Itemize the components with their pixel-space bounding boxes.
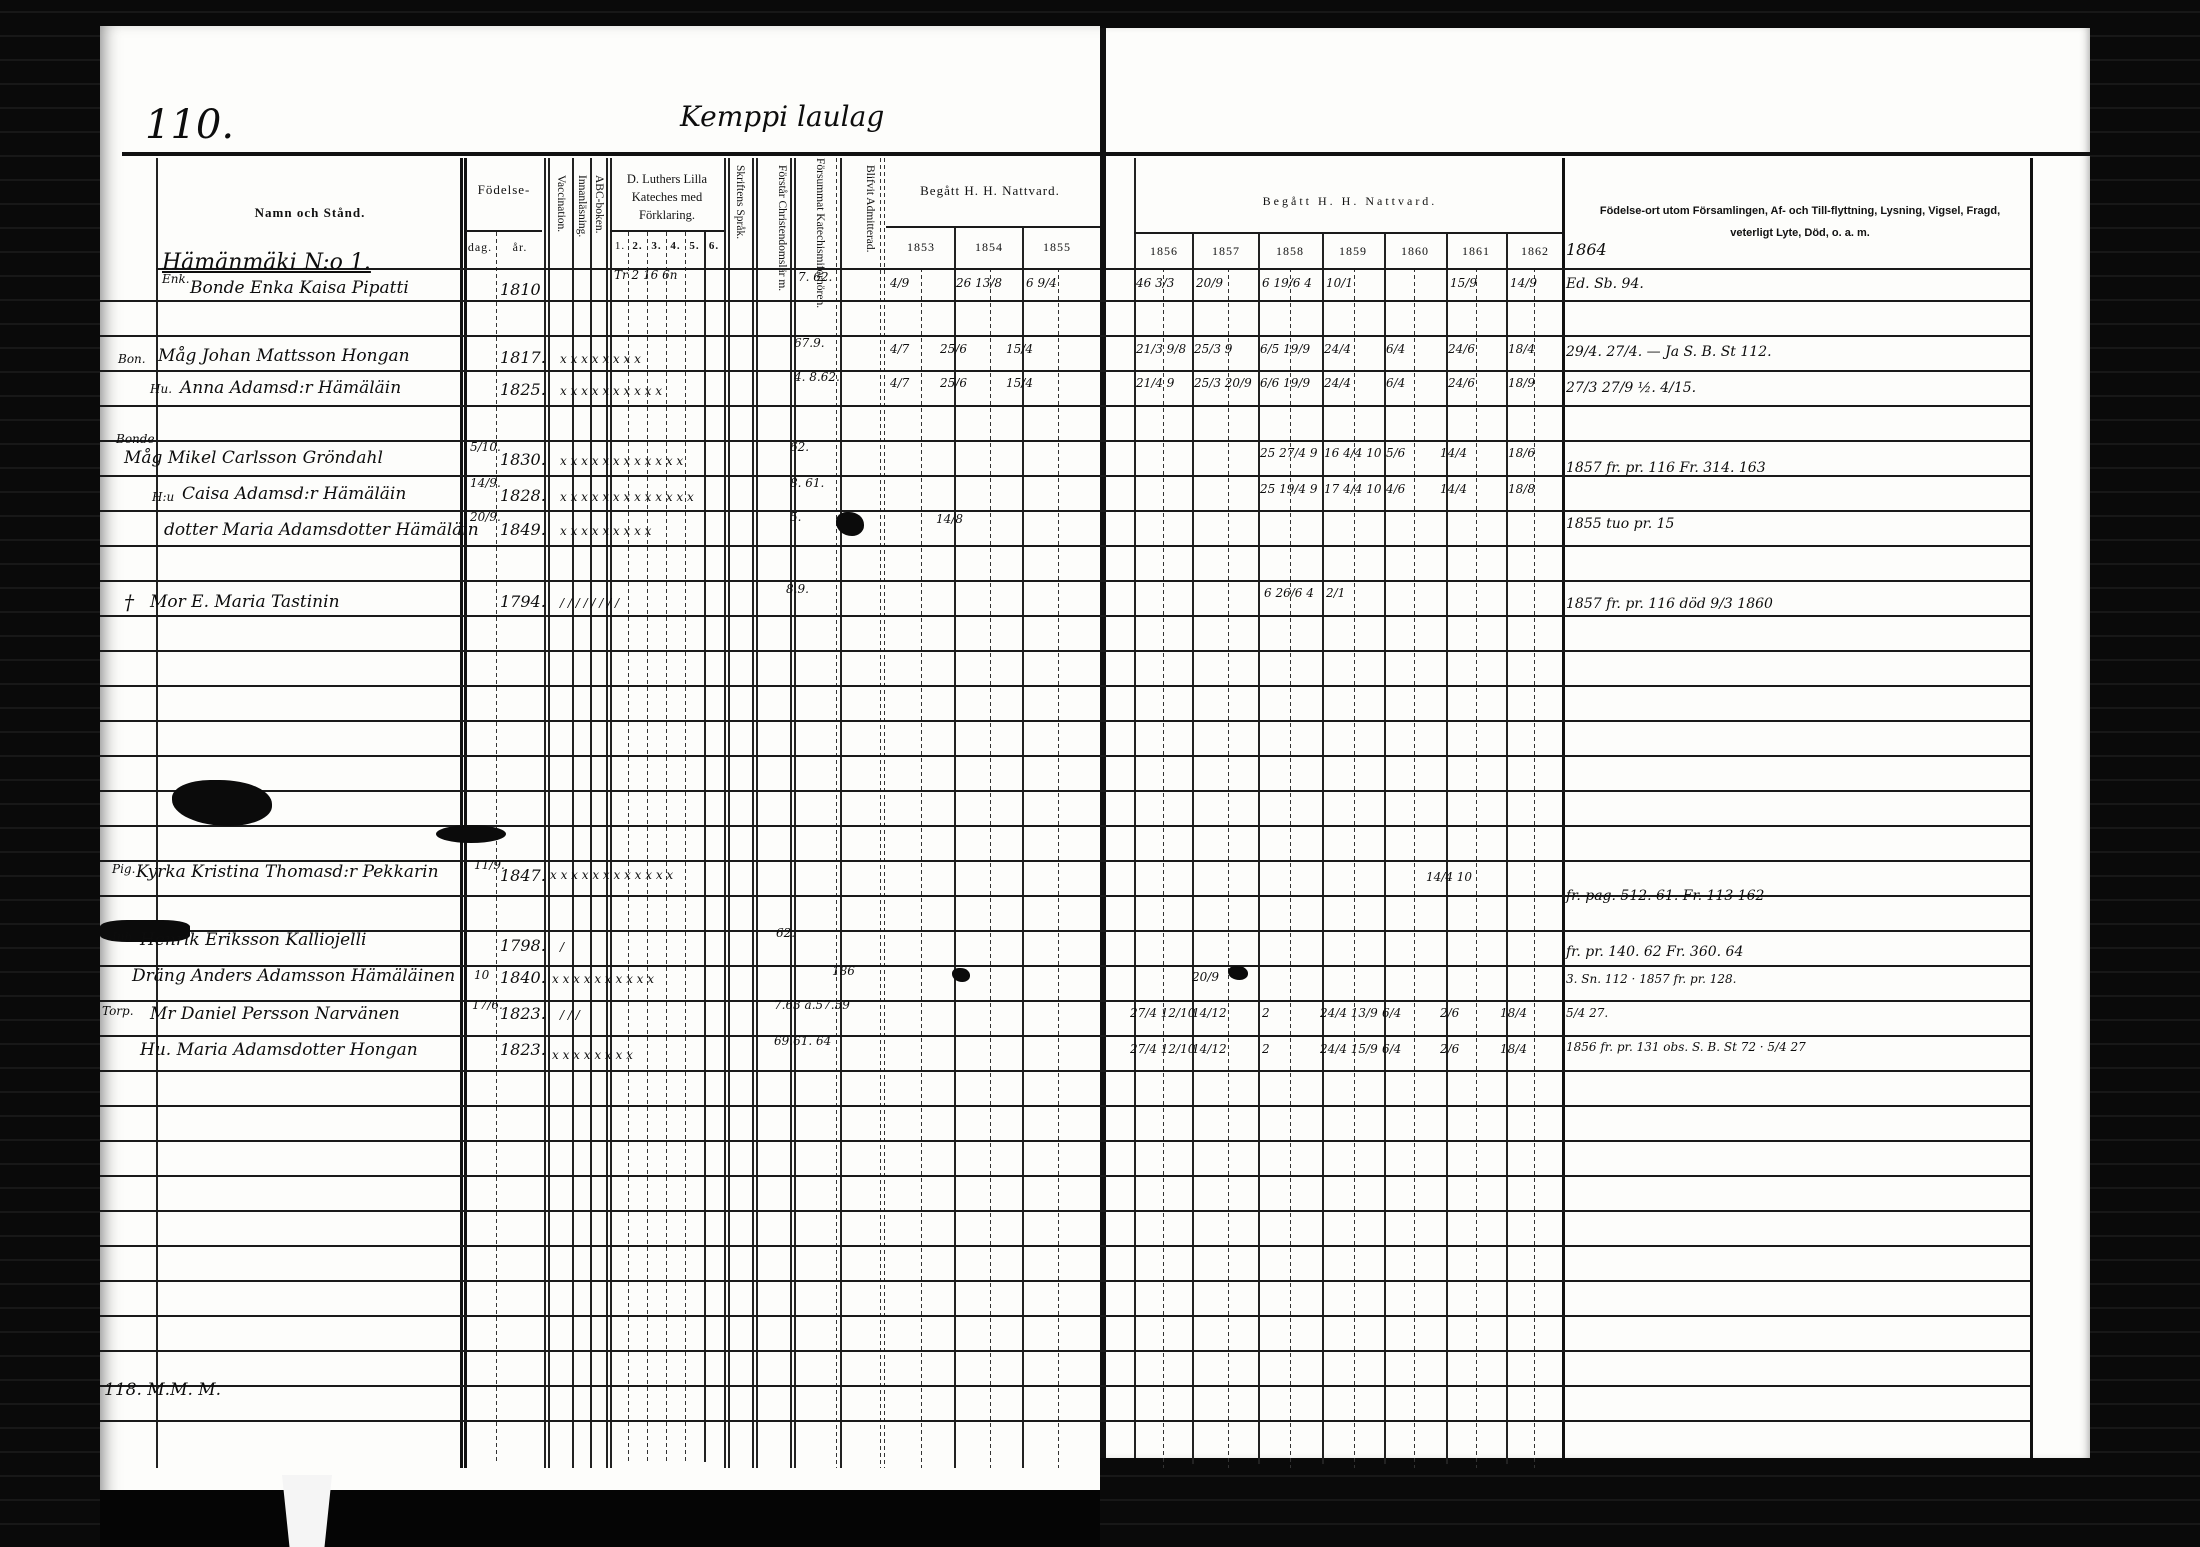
col-rule xyxy=(647,232,648,1462)
row-catechism: x x x x x x x x x x x x xyxy=(560,454,683,468)
row-rule xyxy=(100,1140,2030,1142)
row-birth-year: 1810 xyxy=(500,280,541,299)
row-missed: 4. 8.62. xyxy=(794,370,840,384)
row-name: Mor E. Maria Tastinin xyxy=(150,592,340,612)
row-communion-1861: 2/6 xyxy=(1440,1006,1459,1020)
row-rule xyxy=(100,1420,2030,1422)
row-rule xyxy=(100,300,2030,302)
col-rule xyxy=(1058,268,1059,1468)
row-prefix: Hu. xyxy=(150,382,172,396)
col-rule xyxy=(1163,268,1164,1468)
col-rule xyxy=(880,158,881,1468)
row-rule xyxy=(100,1175,2030,1177)
row-communion-1862: 18/8 xyxy=(1508,482,1535,496)
ink-blot xyxy=(436,825,506,843)
row-rule xyxy=(100,1105,2030,1107)
row-catechism: Tr 2 16 6n xyxy=(614,268,677,282)
row-rule xyxy=(100,1210,2030,1212)
col-rule xyxy=(884,158,885,1468)
col-rule xyxy=(628,232,629,1462)
col-rule xyxy=(840,158,842,1468)
row-rule xyxy=(100,930,2030,932)
row-remarks: 5/4 27. xyxy=(1566,1006,1608,1020)
col-rule xyxy=(548,158,550,1468)
row-rule xyxy=(100,1280,2030,1282)
communion-year-1853: 1853 xyxy=(890,240,952,255)
row-name: Mr Daniel Persson Narvänen xyxy=(150,1004,400,1024)
header-birth-year: år. xyxy=(500,240,540,255)
row-communion-1855: 15/4 xyxy=(1006,376,1033,390)
row-communion-1856: 27/4 12/10 xyxy=(1130,1006,1195,1020)
header-birth: Födelse- xyxy=(466,182,542,198)
ink-blot xyxy=(1228,966,1248,980)
row-prefix: Bon. xyxy=(118,352,146,366)
row-communion-1859: 24/4 15/9 xyxy=(1320,1042,1378,1056)
row-name: Måg Johan Mattsson Hongan xyxy=(158,346,410,366)
col-rule xyxy=(836,158,837,1468)
row-communion-1859: 10/1 xyxy=(1326,276,1353,290)
rule xyxy=(886,226,1100,228)
header-remarks: Födelse-ort utom Församlingen, Af- och T… xyxy=(1580,200,2020,244)
row-missed: 8. 61. xyxy=(790,476,824,490)
row-prefix: Bonde xyxy=(116,432,155,446)
row-communion-1853: 4/7 xyxy=(890,376,909,390)
row-remarks: 29/4. 27/4. — Ja S. B. St 112. xyxy=(1566,344,1772,360)
row-name: Kyrka Kristina Thomasd:r Pekkarin xyxy=(136,862,439,882)
row-communion-1859: 2/1 xyxy=(1326,586,1345,600)
row-communion-1862: 14/9 xyxy=(1510,276,1537,290)
row-birth-day: 10 xyxy=(474,968,489,982)
paper-tear xyxy=(282,1475,332,1547)
row-communion-1858: 25 19/4 9 xyxy=(1260,482,1317,496)
catechism-col-6: 6. xyxy=(704,240,724,252)
row-communion-1860: 6/4 xyxy=(1386,376,1405,390)
row-birth-year: 1798. xyxy=(500,936,546,955)
row-rule xyxy=(100,720,2030,722)
col-rule xyxy=(1414,268,1415,1468)
col-rule xyxy=(1476,268,1477,1468)
row-prefix: H:u xyxy=(152,490,174,504)
row-prefix: Inh. xyxy=(112,930,136,944)
row-missed: 7.63 a.57.59 xyxy=(774,998,850,1012)
row-communion-1858: 6 26/6 4 xyxy=(1264,586,1314,600)
row-rule xyxy=(100,1070,2030,1072)
row-name: Dräng Anders Adamsson Hämäläinen xyxy=(132,966,455,986)
row-communion-1858: 6/5 19/9 xyxy=(1260,342,1310,356)
row-catechism: / / / / / / / / xyxy=(560,596,619,610)
row-prefix: Pig. xyxy=(112,862,135,876)
row-name: Bonde Enka Kaisa Pipatti xyxy=(190,278,409,298)
row-communion-1859: 24/4 xyxy=(1324,342,1351,356)
row-missed: 67.9. xyxy=(794,336,825,350)
col-rule xyxy=(496,232,497,1462)
row-catechism: x x x x x x x x x x xyxy=(560,384,662,398)
row-rule xyxy=(100,440,2030,442)
row-communion-1858: 6 19/6 4 xyxy=(1262,276,1312,290)
row-catechism: x x x x x x x x x x x x x xyxy=(560,490,694,504)
row-birth-day: 17/6. xyxy=(472,998,503,1012)
catechism-col-4: 4. xyxy=(666,240,685,252)
row-remarks: fr. pag. 512. 61. Fr. 113 162 xyxy=(1566,888,1764,904)
row-communion-1857: 20/9 xyxy=(1196,276,1223,290)
row-communion-1861: 24/6 xyxy=(1448,342,1475,356)
row-communion-1861: 2/6 xyxy=(1440,1042,1459,1056)
rule xyxy=(466,230,542,232)
row-communion-1856: 46 3/3 xyxy=(1136,276,1174,290)
col-rule xyxy=(756,158,758,1468)
row-missed: 62. xyxy=(776,926,795,940)
row-remarks: 1857 fr. pr. 116 Fr. 314. 163 xyxy=(1566,460,1766,476)
row-rule xyxy=(100,825,2030,827)
row-missed: 7. 62. xyxy=(798,270,832,284)
ink-blot xyxy=(836,512,864,536)
row-name: Hu. Maria Adamsdotter Hongan xyxy=(140,1040,418,1060)
row-communion-1861: 14/4 xyxy=(1440,482,1467,496)
communion-year-1856: 1856 xyxy=(1136,244,1192,259)
communion-year-1860: 1860 xyxy=(1386,244,1444,259)
row-rule xyxy=(100,685,2030,687)
row-communion-1854: 26 13/8 xyxy=(956,276,1002,290)
row-remarks: 1855 tuo pr. 15 xyxy=(1566,516,1674,532)
row-communion-1862: 18/4 xyxy=(1508,342,1535,356)
row-communion-1857: 14/12 xyxy=(1192,1042,1227,1056)
row-remarks: 1856 fr. pr. 131 obs. S. B. St 72 · 5/4 … xyxy=(1566,1040,1806,1054)
header-vaccination: Vaccination. xyxy=(555,175,567,275)
row-name: dotter Maria Adamsdotter Hämäläin xyxy=(164,520,479,540)
catechism-col-2: 2. xyxy=(628,240,647,252)
row-name: Måg Mikel Carlsson Gröndahl xyxy=(124,448,383,468)
col-rule xyxy=(666,232,667,1462)
row-rule xyxy=(100,790,2030,792)
row-missed: 5. xyxy=(790,510,801,524)
row-communion-1861: 24/6 xyxy=(1448,376,1475,390)
row-communion-1861: 14/4 xyxy=(1440,446,1467,460)
row-communion-1855: 15/4 xyxy=(1006,342,1033,356)
header-catechism: D. Luthers Lilla Kateches med Förklaring… xyxy=(612,170,722,224)
row-admitted: 186 xyxy=(832,964,855,978)
row-communion-1857: 25/3 20/9 xyxy=(1194,376,1252,390)
row-communion-1859: 17 4/4 10 xyxy=(1324,482,1381,496)
row-communion-1861: 15/9 xyxy=(1450,276,1477,290)
row-birth-year: 1825. xyxy=(500,380,546,399)
col-rule xyxy=(794,158,796,1468)
row-catechism: x x x x x x x x x xyxy=(560,524,651,538)
catechism-col-1: 1. xyxy=(610,240,630,252)
header-communion-left: Begått H. H. Nattvard. xyxy=(890,180,1090,202)
col-rule xyxy=(790,158,792,1468)
col-rule xyxy=(728,158,730,1468)
header-communion-right: Begått H. H. Nattvard. xyxy=(1150,194,1550,209)
col-rule xyxy=(685,232,686,1462)
row-communion-1854: 25/6 xyxy=(940,376,967,390)
row-rule xyxy=(100,650,2030,652)
row-communion-1856: 21/3 9/8 xyxy=(1136,342,1186,356)
header-name-col: Namn och Stånd. xyxy=(180,205,440,221)
row-communion-1858: 6/6 19/9 xyxy=(1260,376,1310,390)
page-bottom-edge xyxy=(100,1490,1100,1547)
page-number: 110. xyxy=(145,102,234,148)
right-edge-rule xyxy=(2030,158,2033,1458)
catechism-col-3: 3. xyxy=(647,240,666,252)
header-birth-day: dag. xyxy=(466,240,494,255)
communion-year-1857: 1857 xyxy=(1194,244,1258,259)
row-communion-1858: 2 xyxy=(1262,1006,1270,1020)
row-catechism: x x x x x x x x x x x x xyxy=(550,868,673,882)
row-birth-year: 1847. xyxy=(500,866,546,885)
row-communion-1856: 21/4 9 xyxy=(1136,376,1174,390)
row-birth-day: 5/10. xyxy=(470,440,501,454)
col-rule xyxy=(752,158,754,1468)
col-rule xyxy=(460,158,463,1468)
header-reading: Innanläsning. xyxy=(576,175,588,275)
col-rule xyxy=(724,158,726,1468)
row-communion-1860: 6/4 xyxy=(1386,342,1405,356)
col-rule xyxy=(921,268,922,1468)
row-communion-1857: 25/3 9 xyxy=(1194,342,1232,356)
row-prefix: Enk. xyxy=(162,272,190,286)
row-birth-year: 1830. xyxy=(500,450,546,469)
col-rule xyxy=(464,158,467,1468)
row-communion-1857: 20/9 xyxy=(1192,970,1219,984)
footer-note: 118. M.M. M. xyxy=(104,1380,221,1400)
household-title: Hämänmäki N:o 1. xyxy=(162,250,371,275)
row-rule xyxy=(100,1000,2030,1002)
row-rule xyxy=(100,545,2030,547)
row-catechism: x x x x x x x x xyxy=(552,1048,633,1062)
row-name: Anna Adamsd:r Hämäläin xyxy=(180,378,401,398)
row-communion-1862: 18/4 xyxy=(1500,1006,1527,1020)
row-communion-1860: 6/4 xyxy=(1382,1006,1401,1020)
communion-year-1862: 1862 xyxy=(1508,244,1562,259)
ink-blot xyxy=(952,968,970,982)
row-rule xyxy=(100,1035,2030,1037)
col-rule xyxy=(954,228,956,1468)
row-communion-1862: 18/6 xyxy=(1508,446,1535,460)
row-rule xyxy=(100,615,2030,617)
row-birth-year: 1823. xyxy=(500,1040,546,1059)
row-catechism: / / / xyxy=(560,1008,580,1022)
row-prefix: Torp. xyxy=(102,1004,134,1018)
row-communion-1856: 27/4 12/10 xyxy=(1130,1042,1195,1056)
village-title: Kemppi laulag xyxy=(680,100,884,133)
header-abc: ABC-boken. xyxy=(593,175,605,275)
row-birth-year: 1840. xyxy=(500,968,546,987)
header-scripture: Skriftens Språk. xyxy=(734,165,746,295)
communion-year-1859: 1859 xyxy=(1324,244,1382,259)
row-communion-1853: 4/7 xyxy=(890,342,909,356)
row-rule xyxy=(100,335,2030,337)
row-remarks: 3. Sn. 112 · 1857 fr. pr. 128. xyxy=(1566,972,1736,986)
row-rule xyxy=(100,510,2030,512)
row-rule xyxy=(100,1350,2030,1352)
row-birth-year: 1828. xyxy=(500,486,546,505)
row-rule xyxy=(100,1315,2030,1317)
row-communion-1862: 18/9 xyxy=(1508,376,1535,390)
row-rule xyxy=(100,405,2030,407)
rule xyxy=(1134,232,1564,234)
col-rule xyxy=(1562,158,1565,1458)
row-missed: 8.9. xyxy=(786,582,809,596)
header-top-rule xyxy=(122,152,1100,156)
row-name: Henrik Eriksson Kalliojelli xyxy=(140,930,366,950)
catechism-col-5: 5. xyxy=(685,240,704,252)
row-communion-1857: 14/12 xyxy=(1192,1006,1227,1020)
row-rule xyxy=(100,755,2030,757)
row-birth-year: 1817. xyxy=(500,348,546,367)
communion-year-1858: 1858 xyxy=(1260,244,1320,259)
row-birth-day: 14/9. xyxy=(470,476,501,490)
row-rule xyxy=(100,1245,2030,1247)
row-rule xyxy=(100,370,2030,372)
communion-year-1855: 1855 xyxy=(1026,240,1088,255)
row-missed: 69.61. 64 xyxy=(774,1034,831,1048)
row-communion-1860: 4/6 xyxy=(1386,482,1405,496)
row-communion-1858: 2 xyxy=(1262,1042,1270,1056)
row-catechism: / xyxy=(560,940,564,954)
row-communion-1853: 4/9 xyxy=(890,276,909,290)
communion-year-1854: 1854 xyxy=(958,240,1020,255)
row-communion-1858: 25 27/4 9 xyxy=(1260,446,1317,460)
book-spine xyxy=(1100,28,1106,1458)
col-rule xyxy=(990,268,991,1468)
header-admitted: Blifvit Admitterad. xyxy=(850,165,876,285)
row-communion-1854: 14/8 xyxy=(936,512,963,526)
row-catechism: x x x x x x x x xyxy=(560,352,641,366)
col-rule xyxy=(1228,268,1229,1468)
cross-icon: † xyxy=(124,590,134,614)
row-birth-year: 1794. xyxy=(500,592,546,611)
row-birth-year: 1823. xyxy=(500,1004,546,1023)
row-rule xyxy=(100,580,2030,582)
row-name: Caisa Adamsd:r Hämäläin xyxy=(182,484,406,504)
header-bottom-rule-right xyxy=(1106,268,2030,270)
row-communion-1859: 24/4 13/9 xyxy=(1320,1006,1378,1020)
header-top-rule-right xyxy=(1106,152,2090,156)
col-rule xyxy=(704,232,706,1462)
row-communion-1859: 24/4 xyxy=(1324,376,1351,390)
row-rule xyxy=(100,1385,2030,1387)
row-communion-1860: 5/6 xyxy=(1386,446,1405,460)
col-rule xyxy=(1022,228,1024,1468)
row-catechism: x x x x x x x x x x xyxy=(552,972,654,986)
row-birth-year: 1849. xyxy=(500,520,546,539)
header-understands: Förstår Christendomslär m. xyxy=(762,165,788,295)
row-remarks: 1857 fr. pr. 116 död 9/3 1860 xyxy=(1566,596,1773,612)
row-remarks: fr. pr. 140. 62 Fr. 360. 64 xyxy=(1566,944,1743,960)
row-communion-1859: 16 4/4 10 xyxy=(1324,446,1381,460)
row-communion-1854: 25/6 xyxy=(940,342,967,356)
row-communion-1862: 18/4 xyxy=(1500,1042,1527,1056)
row-communion-1860: 6/4 xyxy=(1382,1042,1401,1056)
row-communion-1861: 14/4 10 xyxy=(1426,870,1472,884)
row-remarks: 27/3 27/9 ½. 4/15. xyxy=(1566,380,1696,396)
row-communion-1855: 6 9/4 xyxy=(1026,276,1057,290)
communion-year-1861: 1861 xyxy=(1448,244,1504,259)
row-birth-day: 20/9. xyxy=(470,510,501,524)
row-missed: 62. xyxy=(790,440,809,454)
row-remarks: Ed. Sb. 94. xyxy=(1566,276,1644,292)
